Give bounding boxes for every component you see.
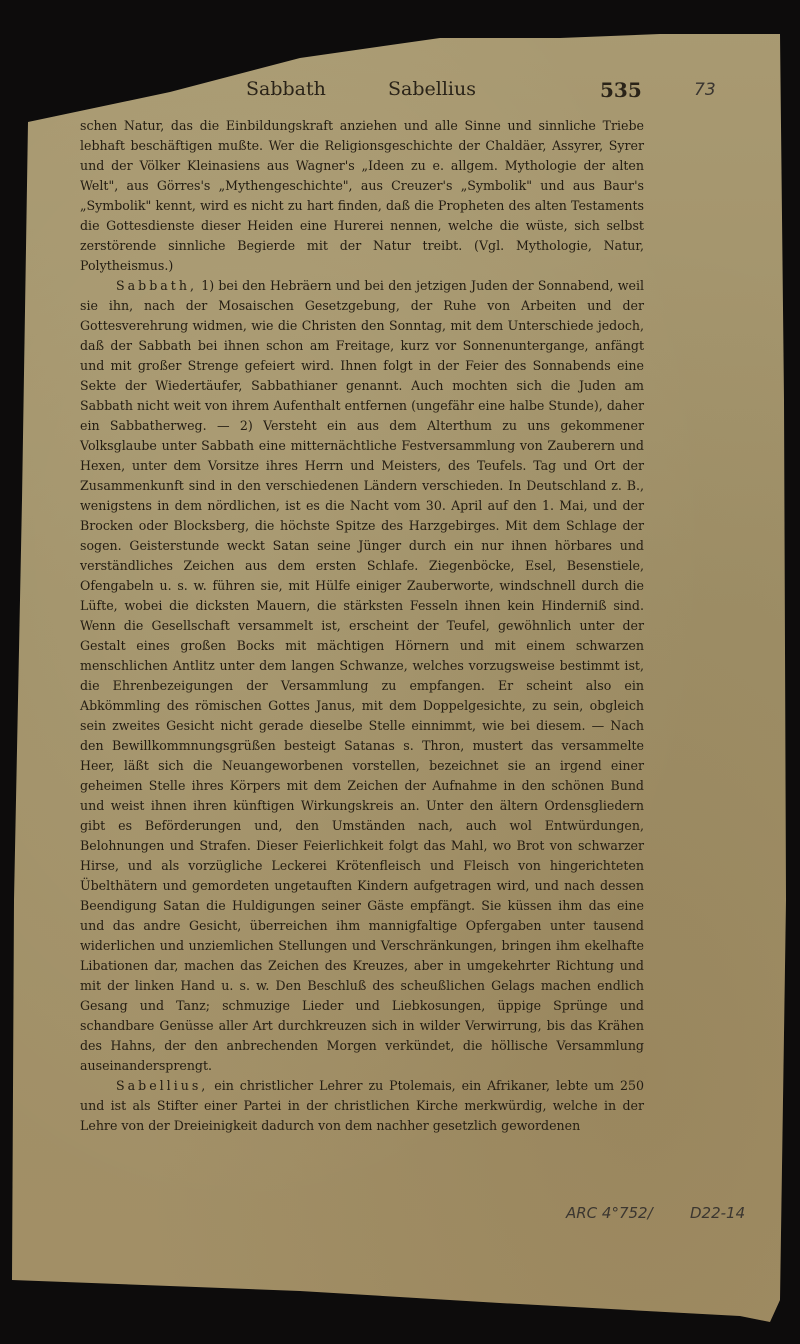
left-catchword: Sabbath [246, 78, 326, 100]
entry-sabellius: Sabellius, ein christlicher Lehrer zu Pt… [80, 1076, 644, 1136]
right-catchword: Sabellius [388, 78, 476, 100]
running-header: Sabbath Sabellius 535 73 [0, 78, 800, 108]
handwritten-shelfmark: ARC 4°752/ [566, 1204, 653, 1222]
headword: Sabellius, [116, 1078, 208, 1093]
handwritten-code: D22-14 [690, 1204, 745, 1222]
headword: Sabbath, [116, 278, 197, 293]
page-number: 535 [600, 78, 642, 102]
body-text: schen Natur, das die Einbildungskraft an… [80, 116, 644, 1136]
scanned-page: Sabbath Sabellius 535 73 schen Natur, da… [0, 0, 800, 1344]
continuation-paragraph: schen Natur, das die Einbildungskraft an… [80, 116, 644, 276]
handwritten-folio-number: 73 [694, 80, 716, 100]
paragraph-text: schen Natur, das die Einbildungskraft an… [80, 118, 644, 273]
entry-text: 1) bei den Hebräern und bei den jetzigen… [80, 278, 644, 1073]
entry-sabbath: Sabbath, 1) bei den Hebräern und bei den… [80, 276, 644, 1076]
